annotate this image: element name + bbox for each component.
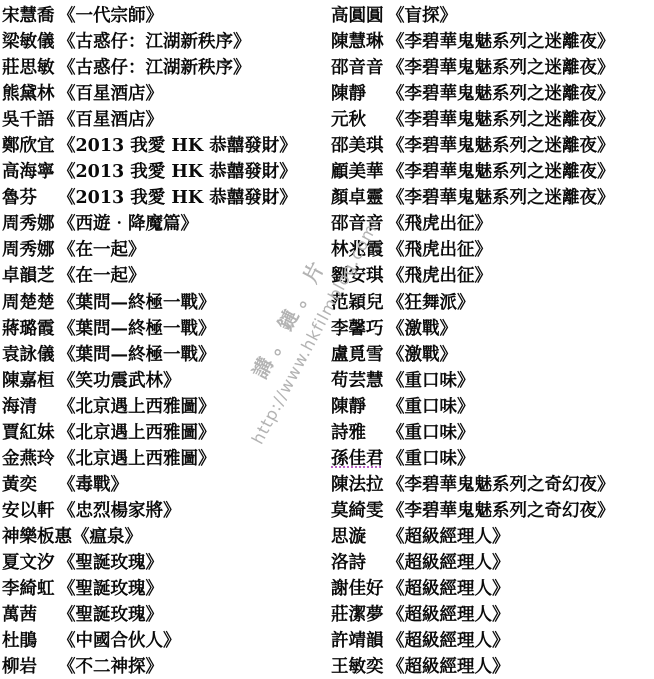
film-title: 《北京遇上西雅圖》 — [58, 394, 216, 420]
actress-name: 高圓圓 — [331, 3, 387, 29]
actress-name: 安以軒 — [2, 498, 58, 524]
list-item: 莊潔夢《超級經理人》 — [331, 602, 653, 628]
list-item: 神樂板惠《瘟泉》 — [2, 524, 328, 550]
actress-name: 陳嘉桓 — [2, 368, 58, 394]
film-title: 《百星酒店》 — [58, 107, 163, 133]
actress-name: 宋慧喬 — [2, 3, 58, 29]
film-title: 《盲探》 — [387, 3, 457, 29]
actress-name: 周秀娜 — [2, 237, 58, 263]
film-title: 《超級經理人》 — [387, 524, 510, 550]
film-title: 《重口味》 — [387, 368, 475, 394]
film-title: 《在一起》 — [58, 237, 146, 263]
actress-name: 杜鵑 — [2, 628, 58, 654]
film-title: 《重口味》 — [387, 420, 475, 446]
actress-name: 洛詩 — [331, 550, 387, 576]
film-title: 《李碧華鬼魅系列之奇幻夜》 — [387, 498, 615, 524]
film-title: 《超級經理人》 — [387, 628, 510, 654]
film-title: 《狂舞派》 — [387, 290, 475, 316]
list-item: 陳嘉桓《笑功震武林》 — [2, 368, 328, 394]
actress-name: 元秋 — [331, 107, 387, 133]
actress-name: 邵音音 — [331, 211, 387, 237]
film-title: 《超級經理人》 — [387, 602, 510, 628]
film-title: 《李碧華鬼魅系列之迷離夜》 — [387, 159, 615, 185]
list-item: 苟芸慧《重口味》 — [331, 368, 653, 394]
film-title: 《激戰》 — [387, 342, 457, 368]
actress-name: 陳慧琳 — [331, 29, 387, 55]
list-item: 海清《北京遇上西雅圖》 — [2, 394, 328, 420]
list-item: 袁詠儀《葉問—終極一戰》 — [2, 342, 328, 368]
list-item: 陳靜《重口味》 — [331, 394, 653, 420]
list-item: 李綺虹《聖誕玫瑰》 — [2, 576, 328, 602]
actress-name: 盧覓雪 — [331, 342, 387, 368]
film-title: 《超級經理人》 — [387, 654, 510, 679]
list-item: 顧美華《李碧華鬼魅系列之迷離夜》 — [331, 159, 653, 185]
list-item: 宋慧喬《一代宗師》 — [2, 3, 328, 29]
list-item: 陳法拉《李碧華鬼魅系列之奇幻夜》 — [331, 472, 653, 498]
actress-name: 海清 — [2, 394, 58, 420]
film-title: 《不二神探》 — [58, 654, 163, 679]
film-title: 《李碧華鬼魅系列之迷離夜》 — [387, 107, 615, 133]
list-item: 黃奕《毒戰》 — [2, 472, 328, 498]
film-title: 《西遊‧降魔篇》 — [58, 211, 198, 237]
film-title: 《瘟泉》 — [72, 524, 142, 550]
left-column: 宋慧喬《一代宗師》梁敏儀《古惑仔：江湖新秩序》莊思敏《古惑仔：江湖新秩序》熊黛林… — [2, 3, 328, 679]
film-title: 《2013 我愛 HK 恭囍發財》 — [58, 133, 297, 159]
actress-name: 金燕玲 — [2, 446, 58, 472]
film-title: 《激戰》 — [387, 316, 457, 342]
actress-name: 苟芸慧 — [331, 368, 387, 394]
film-title: 《葉問—終極一戰》 — [58, 342, 216, 368]
list-item: 周楚楚《葉問—終極一戰》 — [2, 290, 328, 316]
list-item: 許靖韻《超級經理人》 — [331, 628, 653, 654]
film-title: 《笑功震武林》 — [58, 368, 181, 394]
film-title: 《李碧華鬼魅系列之迷離夜》 — [387, 55, 615, 81]
actress-name: 詩雅 — [331, 420, 387, 446]
film-title: 《百星酒店》 — [58, 81, 163, 107]
film-title: 《在一起》 — [58, 263, 146, 289]
film-title: 《古惑仔：江湖新秩序》 — [58, 55, 251, 81]
list-item: 周秀娜《西遊‧降魔篇》 — [2, 211, 328, 237]
list-item: 周秀娜《在一起》 — [2, 237, 328, 263]
list-item: 李馨巧《激戰》 — [331, 316, 653, 342]
film-title: 《聖誕玫瑰》 — [58, 550, 163, 576]
list-item: 陳靜《李碧華鬼魅系列之迷離夜》 — [331, 81, 653, 107]
film-title: 《北京遇上西雅圖》 — [58, 420, 216, 446]
actress-name: 熊黛林 — [2, 81, 58, 107]
actress-name: 陳靜 — [331, 81, 387, 107]
list-item: 萬茜《聖誕玫瑰》 — [2, 602, 328, 628]
list-item: 顏卓靈《李碧華鬼魅系列之迷離夜》 — [331, 185, 653, 211]
list-item: 魯芬《2013 我愛 HK 恭囍發財》 — [2, 185, 328, 211]
list-item: 熊黛林《百星酒店》 — [2, 81, 328, 107]
actress-name: 萬茜 — [2, 602, 58, 628]
film-title: 《毒戰》 — [58, 472, 128, 498]
list-item: 莫綺雯《李碧華鬼魅系列之奇幻夜》 — [331, 498, 653, 524]
list-item: 高海寧《2013 我愛 HK 恭囍發財》 — [2, 159, 328, 185]
actress-name: 柳岩 — [2, 654, 58, 679]
actress-name: 吳千語 — [2, 107, 58, 133]
list-item: 賈紅妹《北京遇上西雅圖》 — [2, 420, 328, 446]
film-title: 《北京遇上西雅圖》 — [58, 446, 216, 472]
film-title: 《葉問—終極一戰》 — [58, 290, 216, 316]
list-item: 安以軒《忠烈楊家將》 — [2, 498, 328, 524]
list-item: 陳慧琳《李碧華鬼魅系列之迷離夜》 — [331, 29, 653, 55]
film-title: 《李碧華鬼魅系列之迷離夜》 — [387, 133, 615, 159]
list-item: 莊思敏《古惑仔：江湖新秩序》 — [2, 55, 328, 81]
actress-name: 陳法拉 — [331, 472, 387, 498]
list-item: 吳千語《百星酒店》 — [2, 107, 328, 133]
actress-name: 謝佳好 — [331, 576, 387, 602]
film-title: 《中國合伙人》 — [58, 628, 181, 654]
list-item: 梁敏儀《古惑仔：江湖新秩序》 — [2, 29, 328, 55]
film-title: 《飛虎出征》 — [387, 263, 492, 289]
film-title: 《李碧華鬼魅系列之迷離夜》 — [387, 185, 615, 211]
list-item: 邵音音《李碧華鬼魅系列之迷離夜》 — [331, 55, 653, 81]
film-title: 《聖誕玫瑰》 — [58, 576, 163, 602]
actress-name: 周楚楚 — [2, 290, 58, 316]
actress-name: 林兆霞 — [331, 237, 387, 263]
actress-name: 神樂板惠 — [2, 524, 72, 550]
film-title: 《葉問—終極一戰》 — [58, 316, 216, 342]
film-title: 《李碧華鬼魅系列之迷離夜》 — [387, 81, 615, 107]
actress-name: 卓韻芝 — [2, 263, 58, 289]
film-title: 《聖誕玫瑰》 — [58, 602, 163, 628]
film-title: 《古惑仔：江湖新秩序》 — [58, 29, 251, 55]
list-item: 思漩《超級經理人》 — [331, 524, 653, 550]
actress-name: 李馨巧 — [331, 316, 387, 342]
actress-name: 梁敏儀 — [2, 29, 58, 55]
actress-filmography-document: 宋慧喬《一代宗師》梁敏儀《古惑仔：江湖新秩序》莊思敏《古惑仔：江湖新秩序》熊黛林… — [0, 0, 654, 679]
list-item: 林兆霞《飛虎出征》 — [331, 237, 653, 263]
actress-name: 夏文汐 — [2, 550, 58, 576]
actress-name: 許靖韻 — [331, 628, 387, 654]
actress-name: 黃奕 — [2, 472, 58, 498]
film-title: 《忠烈楊家將》 — [58, 498, 181, 524]
actress-name: 周秀娜 — [2, 211, 58, 237]
actress-name: 莊思敏 — [2, 55, 58, 81]
film-title: 《重口味》 — [387, 446, 475, 472]
film-title: 《李碧華鬼魅系列之迷離夜》 — [387, 29, 615, 55]
right-column: 高圓圓《盲探》陳慧琳《李碧華鬼魅系列之迷離夜》邵音音《李碧華鬼魅系列之迷離夜》陳… — [331, 3, 653, 679]
actress-name: 王敏奕 — [331, 654, 387, 679]
film-title: 《超級經理人》 — [387, 576, 510, 602]
list-item: 盧覓雪《激戰》 — [331, 342, 653, 368]
actress-name: 邵美琪 — [331, 133, 387, 159]
actress-name: 莊潔夢 — [331, 602, 387, 628]
list-item: 詩雅《重口味》 — [331, 420, 653, 446]
film-title: 《2013 我愛 HK 恭囍發財》 — [58, 159, 297, 185]
actress-name: 魯芬 — [2, 185, 58, 211]
film-title: 《飛虎出征》 — [387, 211, 492, 237]
actress-name: 陳靜 — [331, 394, 387, 420]
list-item: 柳岩《不二神探》 — [2, 654, 328, 679]
film-title: 《飛虎出征》 — [387, 237, 492, 263]
actress-name: 范穎兒 — [331, 290, 387, 316]
list-item: 范穎兒《狂舞派》 — [331, 290, 653, 316]
list-item: 王敏奕《超級經理人》 — [331, 654, 653, 679]
list-item: 卓韻芝《在一起》 — [2, 263, 328, 289]
list-item: 金燕玲《北京遇上西雅圖》 — [2, 446, 328, 472]
actress-name: 邵音音 — [331, 55, 387, 81]
list-item: 邵美琪《李碧華鬼魅系列之迷離夜》 — [331, 133, 653, 159]
actress-name: 劉安琪 — [331, 263, 387, 289]
list-item: 蔣璐霞《葉問—終極一戰》 — [2, 316, 328, 342]
film-title: 《李碧華鬼魅系列之奇幻夜》 — [387, 472, 615, 498]
actress-name: 蔣璐霞 — [2, 316, 58, 342]
actress-name: 李綺虹 — [2, 576, 58, 602]
actress-name: 高海寧 — [2, 159, 58, 185]
film-title: 《一代宗師》 — [58, 3, 163, 29]
actress-name: 賈紅妹 — [2, 420, 58, 446]
list-item: 孫佳君《重口味》 — [331, 446, 653, 472]
list-item: 元秋《李碧華鬼魅系列之迷離夜》 — [331, 107, 653, 133]
list-item: 劉安琪《飛虎出征》 — [331, 263, 653, 289]
list-item: 洛詩《超級經理人》 — [331, 550, 653, 576]
film-title: 《超級經理人》 — [387, 550, 510, 576]
actress-name: 孫佳君 — [331, 446, 387, 472]
list-item: 邵音音《飛虎出征》 — [331, 211, 653, 237]
list-item: 謝佳好《超級經理人》 — [331, 576, 653, 602]
film-title: 《2013 我愛 HK 恭囍發財》 — [58, 185, 297, 211]
actress-name: 思漩 — [331, 524, 387, 550]
film-title: 《重口味》 — [387, 394, 475, 420]
list-item: 鄭欣宜《2013 我愛 HK 恭囍發財》 — [2, 133, 328, 159]
actress-name: 顏卓靈 — [331, 185, 387, 211]
list-item: 杜鵑《中國合伙人》 — [2, 628, 328, 654]
list-item: 高圓圓《盲探》 — [331, 3, 653, 29]
actress-name: 鄭欣宜 — [2, 133, 58, 159]
actress-name: 顧美華 — [331, 159, 387, 185]
actress-name: 莫綺雯 — [331, 498, 387, 524]
list-item: 夏文汐《聖誕玫瑰》 — [2, 550, 328, 576]
actress-name: 袁詠儀 — [2, 342, 58, 368]
